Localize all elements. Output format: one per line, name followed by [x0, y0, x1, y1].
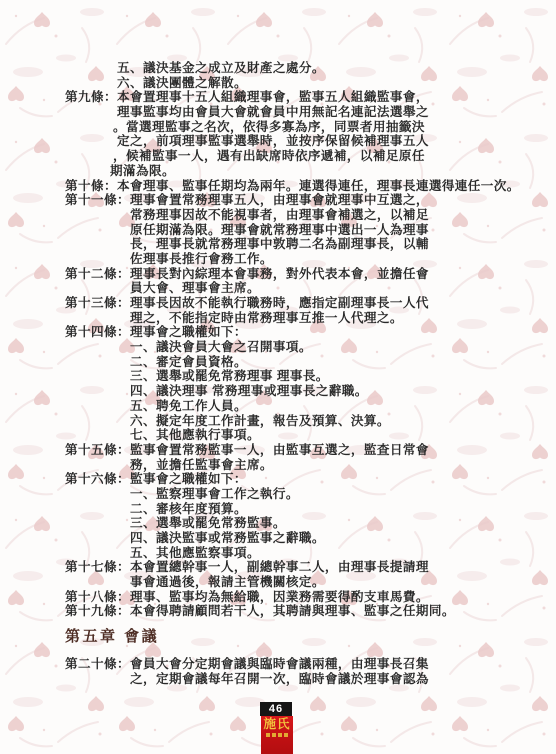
text-line: 理事監事均由會員大會就會員中用無記名連記法選舉之: [0, 105, 556, 120]
list-item-line: 二、審定會員資格。: [0, 355, 556, 370]
document-page: 五、議決基金之成立及財產之處分。 六、議決團體之解散。 第九條：本會置理事十五人…: [0, 0, 556, 754]
list-item-line: 二、審核年度預算。: [0, 502, 556, 517]
list-item-line: 三、選舉或罷免常務監事。: [0, 516, 556, 531]
text-line: ，候補監事一人，遇有出缺席時依序遞補，以補足原任: [0, 149, 556, 164]
list-item-line: 四、議決理事 常務理事或理事長之辭職。: [0, 384, 556, 399]
list-item-line: 六、擬定年度工作計畫，報告及預算、決算。: [0, 414, 556, 429]
list-item-line: 一、議決會員大會之召開事項。: [0, 340, 556, 355]
article-17-line: 第十七條：本會置總幹事一人，副總幹事二人，由理事長提請理: [0, 560, 556, 575]
text-line: 期滿為限。: [0, 164, 556, 179]
text-line: 長，理事長就常務理事中敦聘二名為副理事長，以輔: [0, 237, 556, 252]
article-19-line: 第十九條：本會得聘請顧問若干人，其聘請與理事、監事之任期同。: [0, 604, 556, 619]
text-line: 事會通過後，報請主管機關核定。: [0, 575, 556, 590]
article-16-line: 第十六條：監事會之職權如下：: [0, 472, 556, 487]
logo-subtitle-glyphs: [261, 733, 293, 737]
article-14-line: 第十四條：理事會之職權如下：: [0, 325, 556, 340]
list-item-line: 七、其他應執行事項。: [0, 428, 556, 443]
text-line: 五、議決基金之成立及財產之處分。: [0, 61, 556, 76]
logo-title: 施氏: [261, 717, 293, 731]
text-line: 常務理事因故不能視事者，由理事會補選之，以補足: [0, 208, 556, 223]
article-13-line: 第十三條：理事長因故不能執行職務時，應指定副理事長一人代: [0, 296, 556, 311]
text-line: 。當選理監事之名次，依得多寡為序，同票者用抽籤決: [0, 120, 556, 135]
article-15-line: 第十五條：監事會置常務監事一人，由監事互選之，監查日常會: [0, 443, 556, 458]
text-line: 之，定期會議每年召開一次，臨時會議於理事會認為: [0, 672, 556, 687]
article-11-line: 第十一條：理事會置常務理事五人，由理事會就理事中互選之，: [0, 193, 556, 208]
publication-logo: 施氏: [261, 716, 293, 754]
list-item-line: 五、聘免工作人員。: [0, 399, 556, 414]
article-10-line: 第十條：本會理事、監事任期均為兩年。連選得連任，理事長連選得連任一次。: [0, 179, 556, 194]
list-item-line: 一、監察理事會工作之執行。: [0, 487, 556, 502]
article-18-line: 第十八條：理事、監事均為無給職，因業務需要得酌支車馬費。: [0, 590, 556, 605]
chapter-heading: 第五章 會議: [0, 628, 556, 645]
article-20-line: 第二十條：會員大會分定期會議與臨時會議兩種，由理事長召集: [0, 657, 556, 672]
text-line: 理之，不能指定時由常務理事互推一人代理之。: [0, 311, 556, 326]
list-item-line: 五、其他應監察事項。: [0, 546, 556, 561]
page-content: 五、議決基金之成立及財產之處分。 六、議決團體之解散。 第九條：本會置理事十五人…: [0, 0, 556, 754]
article-12-line: 第十二條：理事長對內綜理本會事務，對外代表本會，並擔任會: [0, 267, 556, 282]
text-line: 六、議決團體之解散。: [0, 76, 556, 91]
text-line: 務，並擔任監事會主席。: [0, 458, 556, 473]
text-line: 佐理事長推行會務工作。: [0, 252, 556, 267]
text-line: 員大會、理事會主席。: [0, 281, 556, 296]
bylaws-text-block: 五、議決基金之成立及財產之處分。 六、議決團體之解散。 第九條：本會置理事十五人…: [0, 0, 556, 687]
list-item-line: 四、議決監事或常務監事之辭職。: [0, 531, 556, 546]
text-line: 原任期滿為限。理事會就常務理事中選出一人為理事: [0, 223, 556, 238]
article-9-line: 第九條：本會置理事十五人組織理事會，監事五人組織監事會，: [0, 90, 556, 105]
text-line: 定之，前項理事監事選舉時，並按序保留候補理事五人: [0, 134, 556, 149]
list-item-line: 三、選舉或罷免常務理事 理事長。: [0, 369, 556, 384]
page-number-badge: 46: [260, 702, 292, 716]
